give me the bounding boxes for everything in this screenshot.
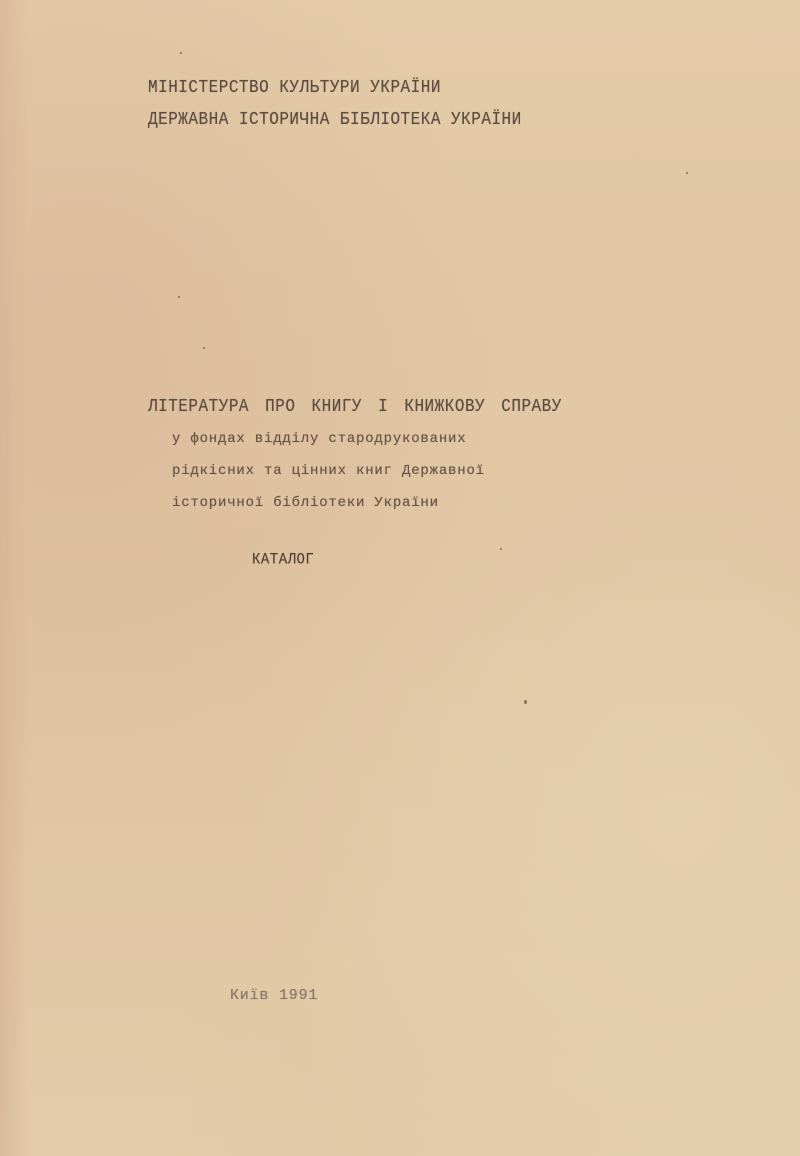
- paper-speck: [500, 548, 502, 550]
- paper-speck: [524, 700, 527, 704]
- imprint: Київ 1991: [230, 987, 318, 1004]
- library-heading: ДЕРЖАВНА ІСТОРИЧНА БІБЛІОТЕКА УКРАЇНИ: [148, 109, 522, 130]
- paper-speck: [178, 296, 180, 298]
- paper-speck: [203, 347, 205, 349]
- subtitle-line: у фондах відділу стародрукованих: [172, 431, 466, 447]
- paper-speck: [180, 52, 182, 54]
- paper-speck: [686, 172, 688, 174]
- genre-label: КАТАЛОГ: [252, 551, 314, 569]
- document-title: ЛІТЕРАТУРА ПРО КНИГУ І КНИЖКОВУ СПРАВУ: [148, 396, 562, 417]
- ministry-heading: МІНІСТЕРСТВО КУЛЬТУРИ УКРАЇНИ: [148, 77, 441, 98]
- subtitle-line: історичної бібліотеки України: [172, 495, 439, 511]
- subtitle-line: рідкісних та цінних книг Державної: [172, 463, 485, 479]
- title-page: МІНІСТЕРСТВО КУЛЬТУРИ УКРАЇНИ ДЕРЖАВНА І…: [0, 0, 800, 1156]
